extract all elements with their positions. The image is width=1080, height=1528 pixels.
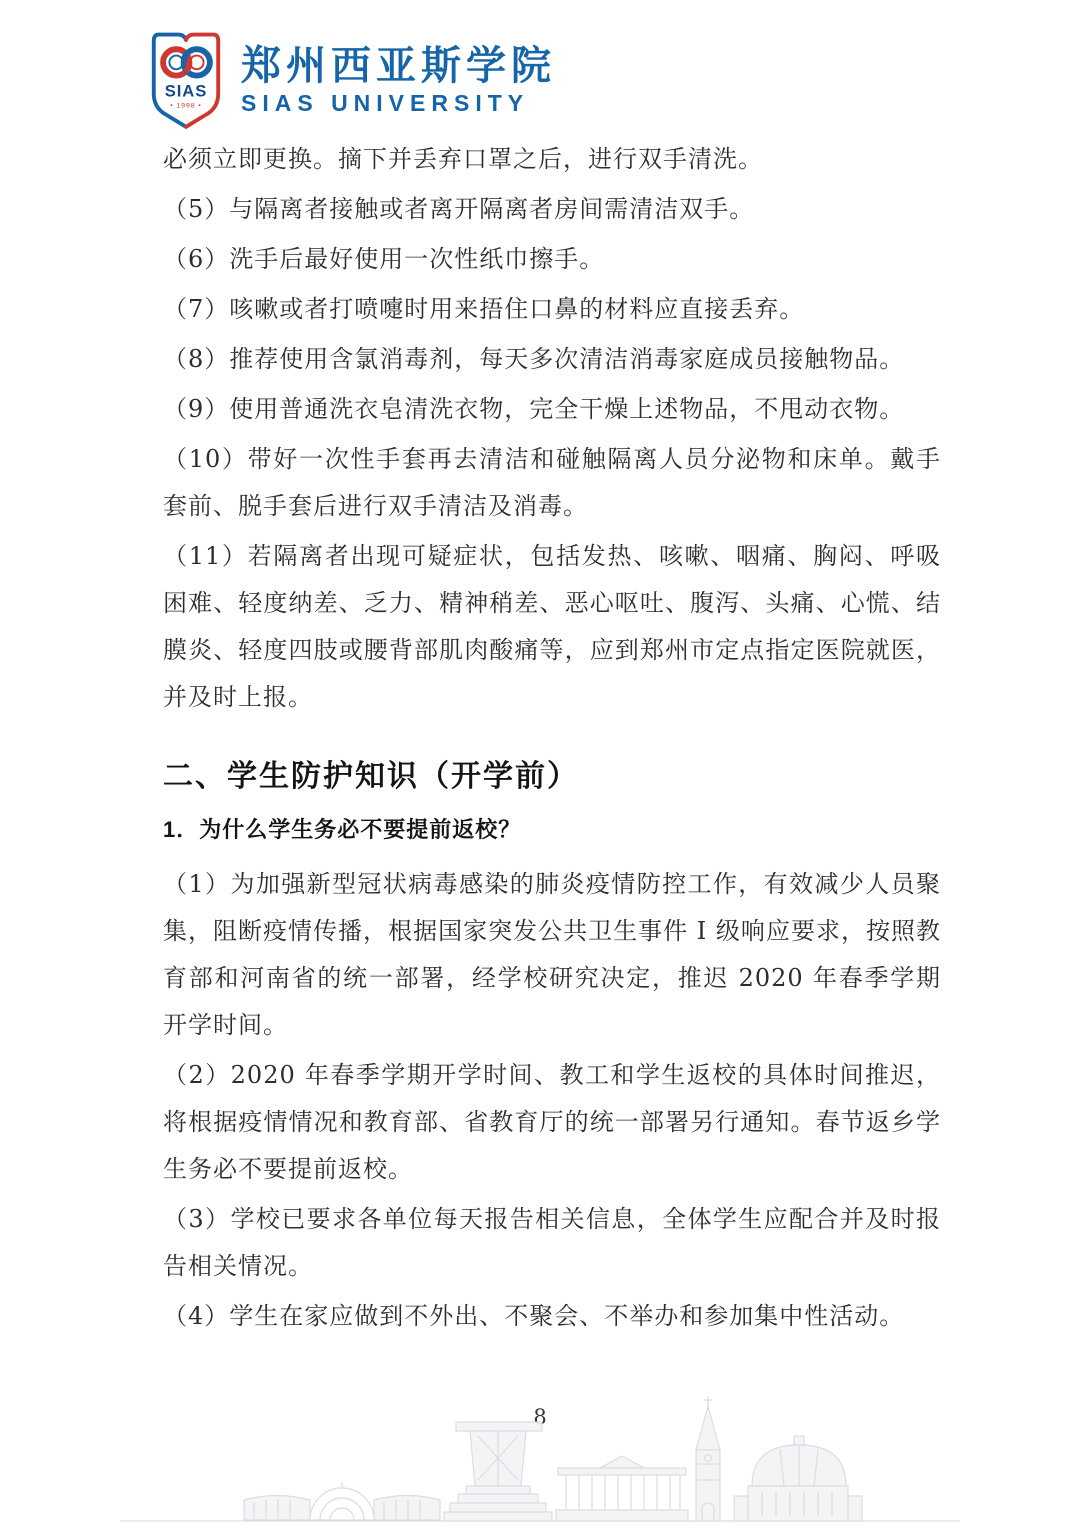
- interlocking-rings-icon: [163, 49, 210, 75]
- campus-skyline-watermark-icon: [0, 1388, 1080, 1528]
- list-item-6: （6）洗手后最好使用一次性纸巾擦手。: [163, 236, 941, 283]
- university-logo: SIAS • 1998 • 郑州西亚斯学院 SIAS UNIVERSITY: [145, 28, 556, 130]
- section-paragraph-1: （1）为加强新型冠状病毒感染的肺炎疫情防控工作，有效减少人员聚集，阻断疫情传播，…: [163, 861, 941, 1049]
- clock-spire-tower: [696, 1396, 720, 1521]
- paragraph-continuation: 必须立即更换。摘下并丢弃口罩之后，进行双手清洗。: [163, 136, 941, 183]
- document-page: SIAS • 1998 • 郑州西亚斯学院 SIAS UNIVERSITY 必须…: [0, 0, 1080, 1528]
- university-name-cn: 郑州西亚斯学院: [241, 43, 556, 89]
- section-heading: 二、学生防护知识（开学前）: [163, 755, 941, 799]
- pagoda-tower: [444, 1422, 552, 1521]
- list-item-5: （5）与隔离者接触或者离开隔离者房间需清洁双手。: [163, 186, 941, 233]
- list-item-11: （11）若隔离者出现可疑症状，包括发热、咳嗽、咽痛、胸闷、呼吸困难、轻度纳差、乏…: [163, 533, 941, 721]
- list-item-10: （10）带好一次性手套再去清洁和碰触隔离人员分泌物和床单。戴手套前、脱手套后进行…: [163, 436, 941, 530]
- document-body: 必须立即更换。摘下并丢弃口罩之后，进行双手清洗。 （5）与隔离者接触或者离开隔离…: [163, 136, 941, 1343]
- list-item-7: （7）咳嗽或者打喷嚏时用来捂住口鼻的材料应直接丢弃。: [163, 286, 941, 333]
- section-paragraph-3: （3）学校已要求各单位每天报告相关信息，全体学生应配合并及时报告相关情况。: [163, 1196, 941, 1290]
- sias-shield-logo-icon: SIAS • 1998 •: [145, 28, 227, 130]
- university-names: 郑州西亚斯学院 SIAS UNIVERSITY: [241, 43, 556, 116]
- question-heading: 1．为什么学生务必不要提前返校？: [163, 812, 941, 848]
- shield-sias-label: SIAS: [165, 82, 208, 101]
- arena-building: [244, 1482, 440, 1520]
- university-name-en: SIAS UNIVERSITY: [241, 90, 556, 116]
- colonnade-building: [556, 1456, 688, 1521]
- shield-year-label: • 1998 •: [170, 102, 202, 109]
- domed-building: [734, 1436, 862, 1521]
- list-item-9: （9）使用普通洗衣皂清洗衣物，完全干燥上述物品，不甩动衣物。: [163, 386, 941, 433]
- section-paragraph-2: （2）2020 年春季学期开学时间、教工和学生返校的具体时间推迟，将根据疫情情况…: [163, 1052, 941, 1193]
- list-item-8: （8）推荐使用含氯消毒剂，每天多次清洁消毒家庭成员接触物品。: [163, 336, 941, 383]
- section-paragraph-4: （4）学生在家应做到不外出、不聚会、不举办和参加集中性活动。: [163, 1293, 941, 1340]
